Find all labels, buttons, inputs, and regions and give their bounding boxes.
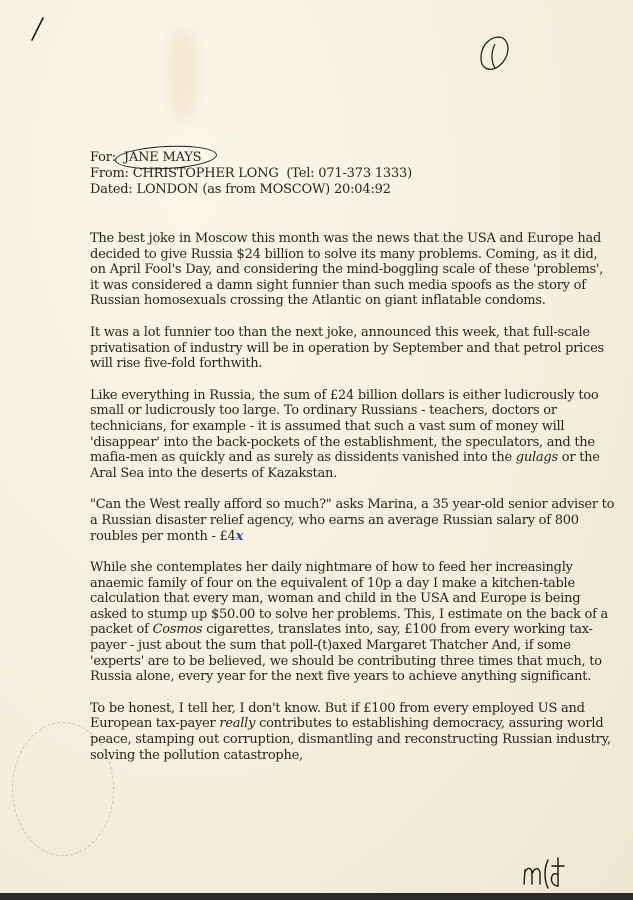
pen-mark: x xyxy=(236,529,244,544)
header-for: For: JANE MAYS xyxy=(90,150,412,166)
paragraph-1: The best joke in Moscow this month was t… xyxy=(90,231,615,309)
header-dated: Dated: LONDON (as from MOSCOW) 20:04:92 xyxy=(90,182,412,198)
italic-gulags: gulags xyxy=(516,450,558,465)
paper-stain xyxy=(168,30,198,120)
paragraph-6: To be honest, I tell her, I don't know. … xyxy=(90,701,615,763)
dated-label: Dated: xyxy=(90,182,133,197)
italic-cosmos: Cosmos xyxy=(153,622,203,637)
memo-header: For: JANE MAYS From: CHRISTOPHER LONG (T… xyxy=(90,150,412,198)
recipient-name: JANE MAYS xyxy=(120,150,205,166)
from-label: From: xyxy=(90,166,129,181)
paragraph-5: While she contemplates her daily nightma… xyxy=(90,560,615,685)
for-label: For: xyxy=(90,150,116,165)
handwritten-initials xyxy=(520,856,570,890)
date-value: LONDON (as from MOSCOW) 20:04:92 xyxy=(137,182,391,197)
handwritten-slash-mark xyxy=(28,16,48,44)
paragraph-2: It was a lot funnier too than the next j… xyxy=(90,325,615,372)
letter-body: The best joke in Moscow this month was t… xyxy=(90,231,615,779)
italic-really: really xyxy=(219,716,255,731)
paragraph-3: Like everything in Russia, the sum of £2… xyxy=(90,388,615,482)
handwritten-page-number-icon xyxy=(475,30,515,75)
letter-page: For: JANE MAYS From: CHRISTOPHER LONG (T… xyxy=(0,0,633,893)
paragraph-4: "Can the West really afford so much?" as… xyxy=(90,497,615,544)
scan-bottom-edge xyxy=(0,893,633,900)
